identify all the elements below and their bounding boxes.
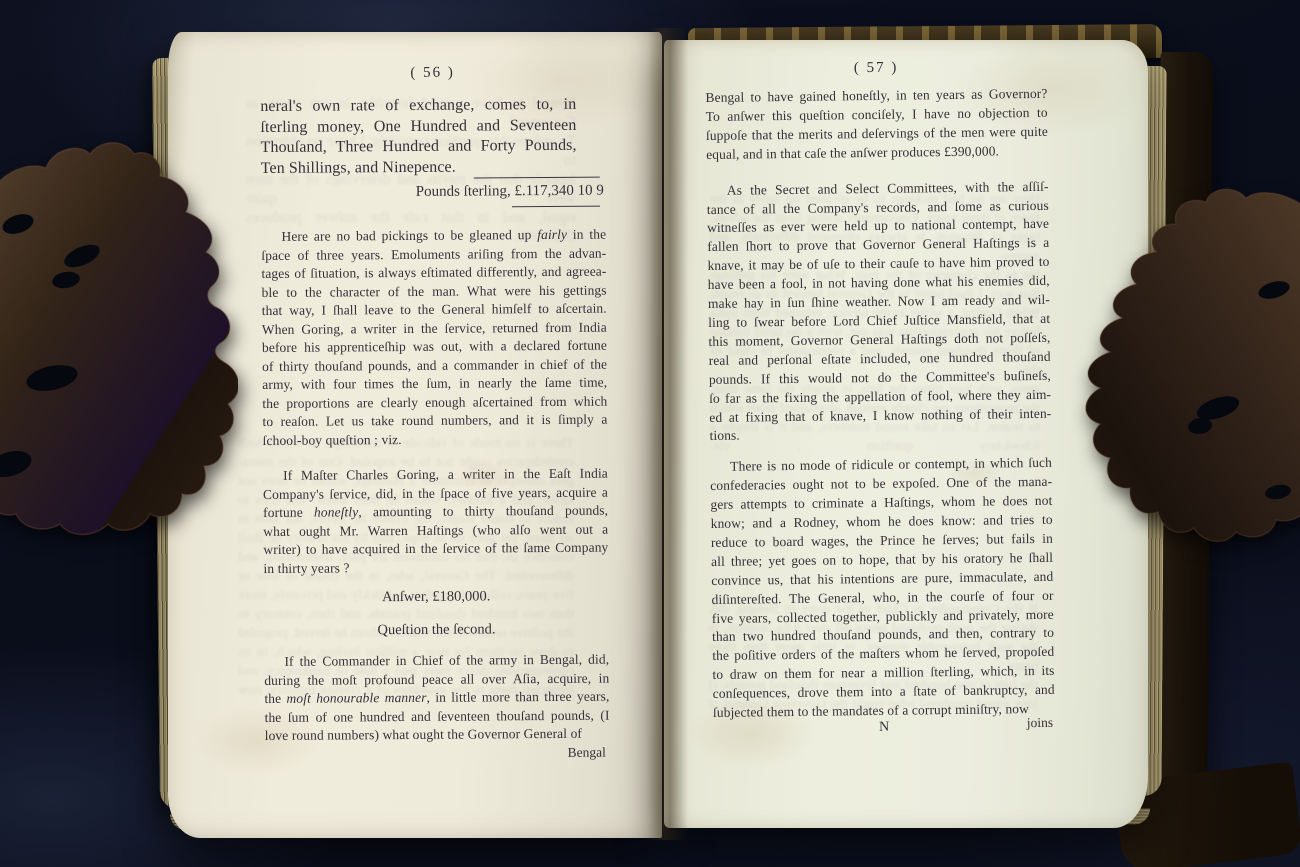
catchword: joins [1027,714,1053,731]
sum-line: Pounds ſterling, £.117,340 10 9 [261,181,606,203]
page-number-56: ( 56 ) [260,62,605,84]
sum-rule-below [512,206,600,208]
paragraph-question-second: If the Commander in Chief of the army in… [264,651,610,746]
paragraph-pickings: Here are no bad pickings to be gleaned u… [261,226,608,450]
page-56: Bengal to have gained honeſtly, in ten y… [168,32,662,838]
bronze-clasp-right-icon [1076,182,1300,548]
paragraph-ridicule: There is no mode of ridicule or contempt… [710,454,1055,723]
signature-row: N joins [713,717,1055,738]
sum-amount: Pounds ſterling, £.117,340 10 9 [416,183,604,200]
text-column-left: ( 56 ) neral's own rate of exchange, com… [260,62,610,764]
paragraph-committees: As the Secret and Select Committees, wit… [706,177,1051,446]
catchword-row: Bengal [265,743,610,764]
question-second-heading: Queſtion the ſecond. [264,620,609,640]
answer-line: Anſwer, £180,000. [264,587,609,607]
paragraph-question-first: If Maſter Charles Goring, a writer in th… [263,465,609,578]
catchword: Bengal [568,744,606,759]
page-number-57: ( 57 ) [705,56,1047,80]
sum-rule-above [474,177,600,179]
paragraph-sum-in-words: neral's own rate of exchange, comes to, … [260,95,577,179]
signature-mark: N [879,720,889,735]
bronze-clasp-left-icon [0,128,238,540]
photo-scene: Bengal to have gained honeſtly, in ten y… [0,0,1300,867]
text-column-right: ( 57 ) Bengal to have gained honeſtly, i… [705,56,1055,738]
paragraph-bengal-governor: Bengal to have gained honeſtly, in ten y… [705,85,1048,165]
